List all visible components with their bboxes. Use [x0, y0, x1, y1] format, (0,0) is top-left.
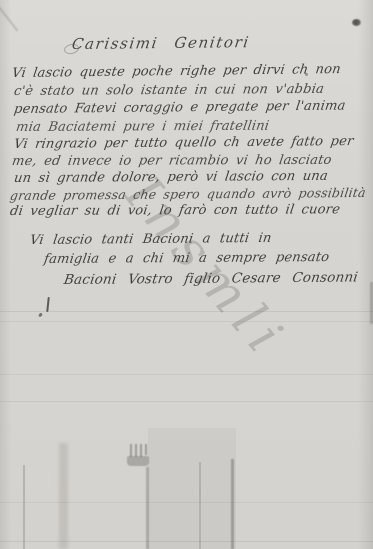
corner-crease [0, 0, 18, 31]
letter-line: Vi lascio tanti Bacioni a tutti in [29, 231, 273, 249]
letter-line: pensato Fatevi coraggio e pregate per l'… [13, 99, 347, 118]
scan-band [148, 428, 236, 549]
scan-streak [59, 443, 68, 549]
letter-line: Vi ringrazio per tutto quello ch avete f… [13, 134, 355, 153]
letter-line: famiglia e a chi mi a sempre pensato [43, 250, 331, 268]
letter-salutation: Carissimi Genitori [71, 34, 251, 52]
signature-line: Bacioni Vostro figlio Cesare Consonni [63, 269, 359, 288]
tiny-speck [305, 73, 308, 76]
letter-line: mia Baciatemi pure i miei fratellini [15, 119, 270, 136]
letter-line: di vegliar su di voi, lo farò con tutto … [9, 202, 341, 220]
crease-line [0, 401, 373, 402]
stray-ink-dot [38, 313, 43, 318]
letter-line: grande promessa che spero quando avrò po… [9, 185, 367, 204]
crease-line [0, 311, 373, 312]
crease-line [0, 321, 373, 322]
letter-line: un sì grande dolore, però vi lascio con … [13, 169, 329, 187]
ink-blot [352, 19, 361, 26]
scan-streak [199, 462, 201, 549]
scan-streak [23, 465, 25, 549]
smudge-part [145, 444, 147, 455]
stray-ink-stroke [46, 297, 50, 312]
letter-line: Vi lascio queste poche righe per dirvi c… [11, 62, 342, 82]
letter-line: me, ed invece io per ricambio vi ho lasc… [11, 153, 333, 170]
scan-streak [231, 459, 234, 549]
letter-line: c'è stato un solo istante in cui non v'a… [13, 82, 325, 100]
scan-streak [146, 467, 149, 549]
crease-line [0, 374, 373, 375]
smudge-part [127, 456, 149, 466]
scanned-letter-page: Insmli Carissimi Genitori Vi lascio ques… [0, 0, 373, 549]
pencil-oval-mark [63, 43, 80, 56]
fork-smudge [127, 444, 151, 472]
